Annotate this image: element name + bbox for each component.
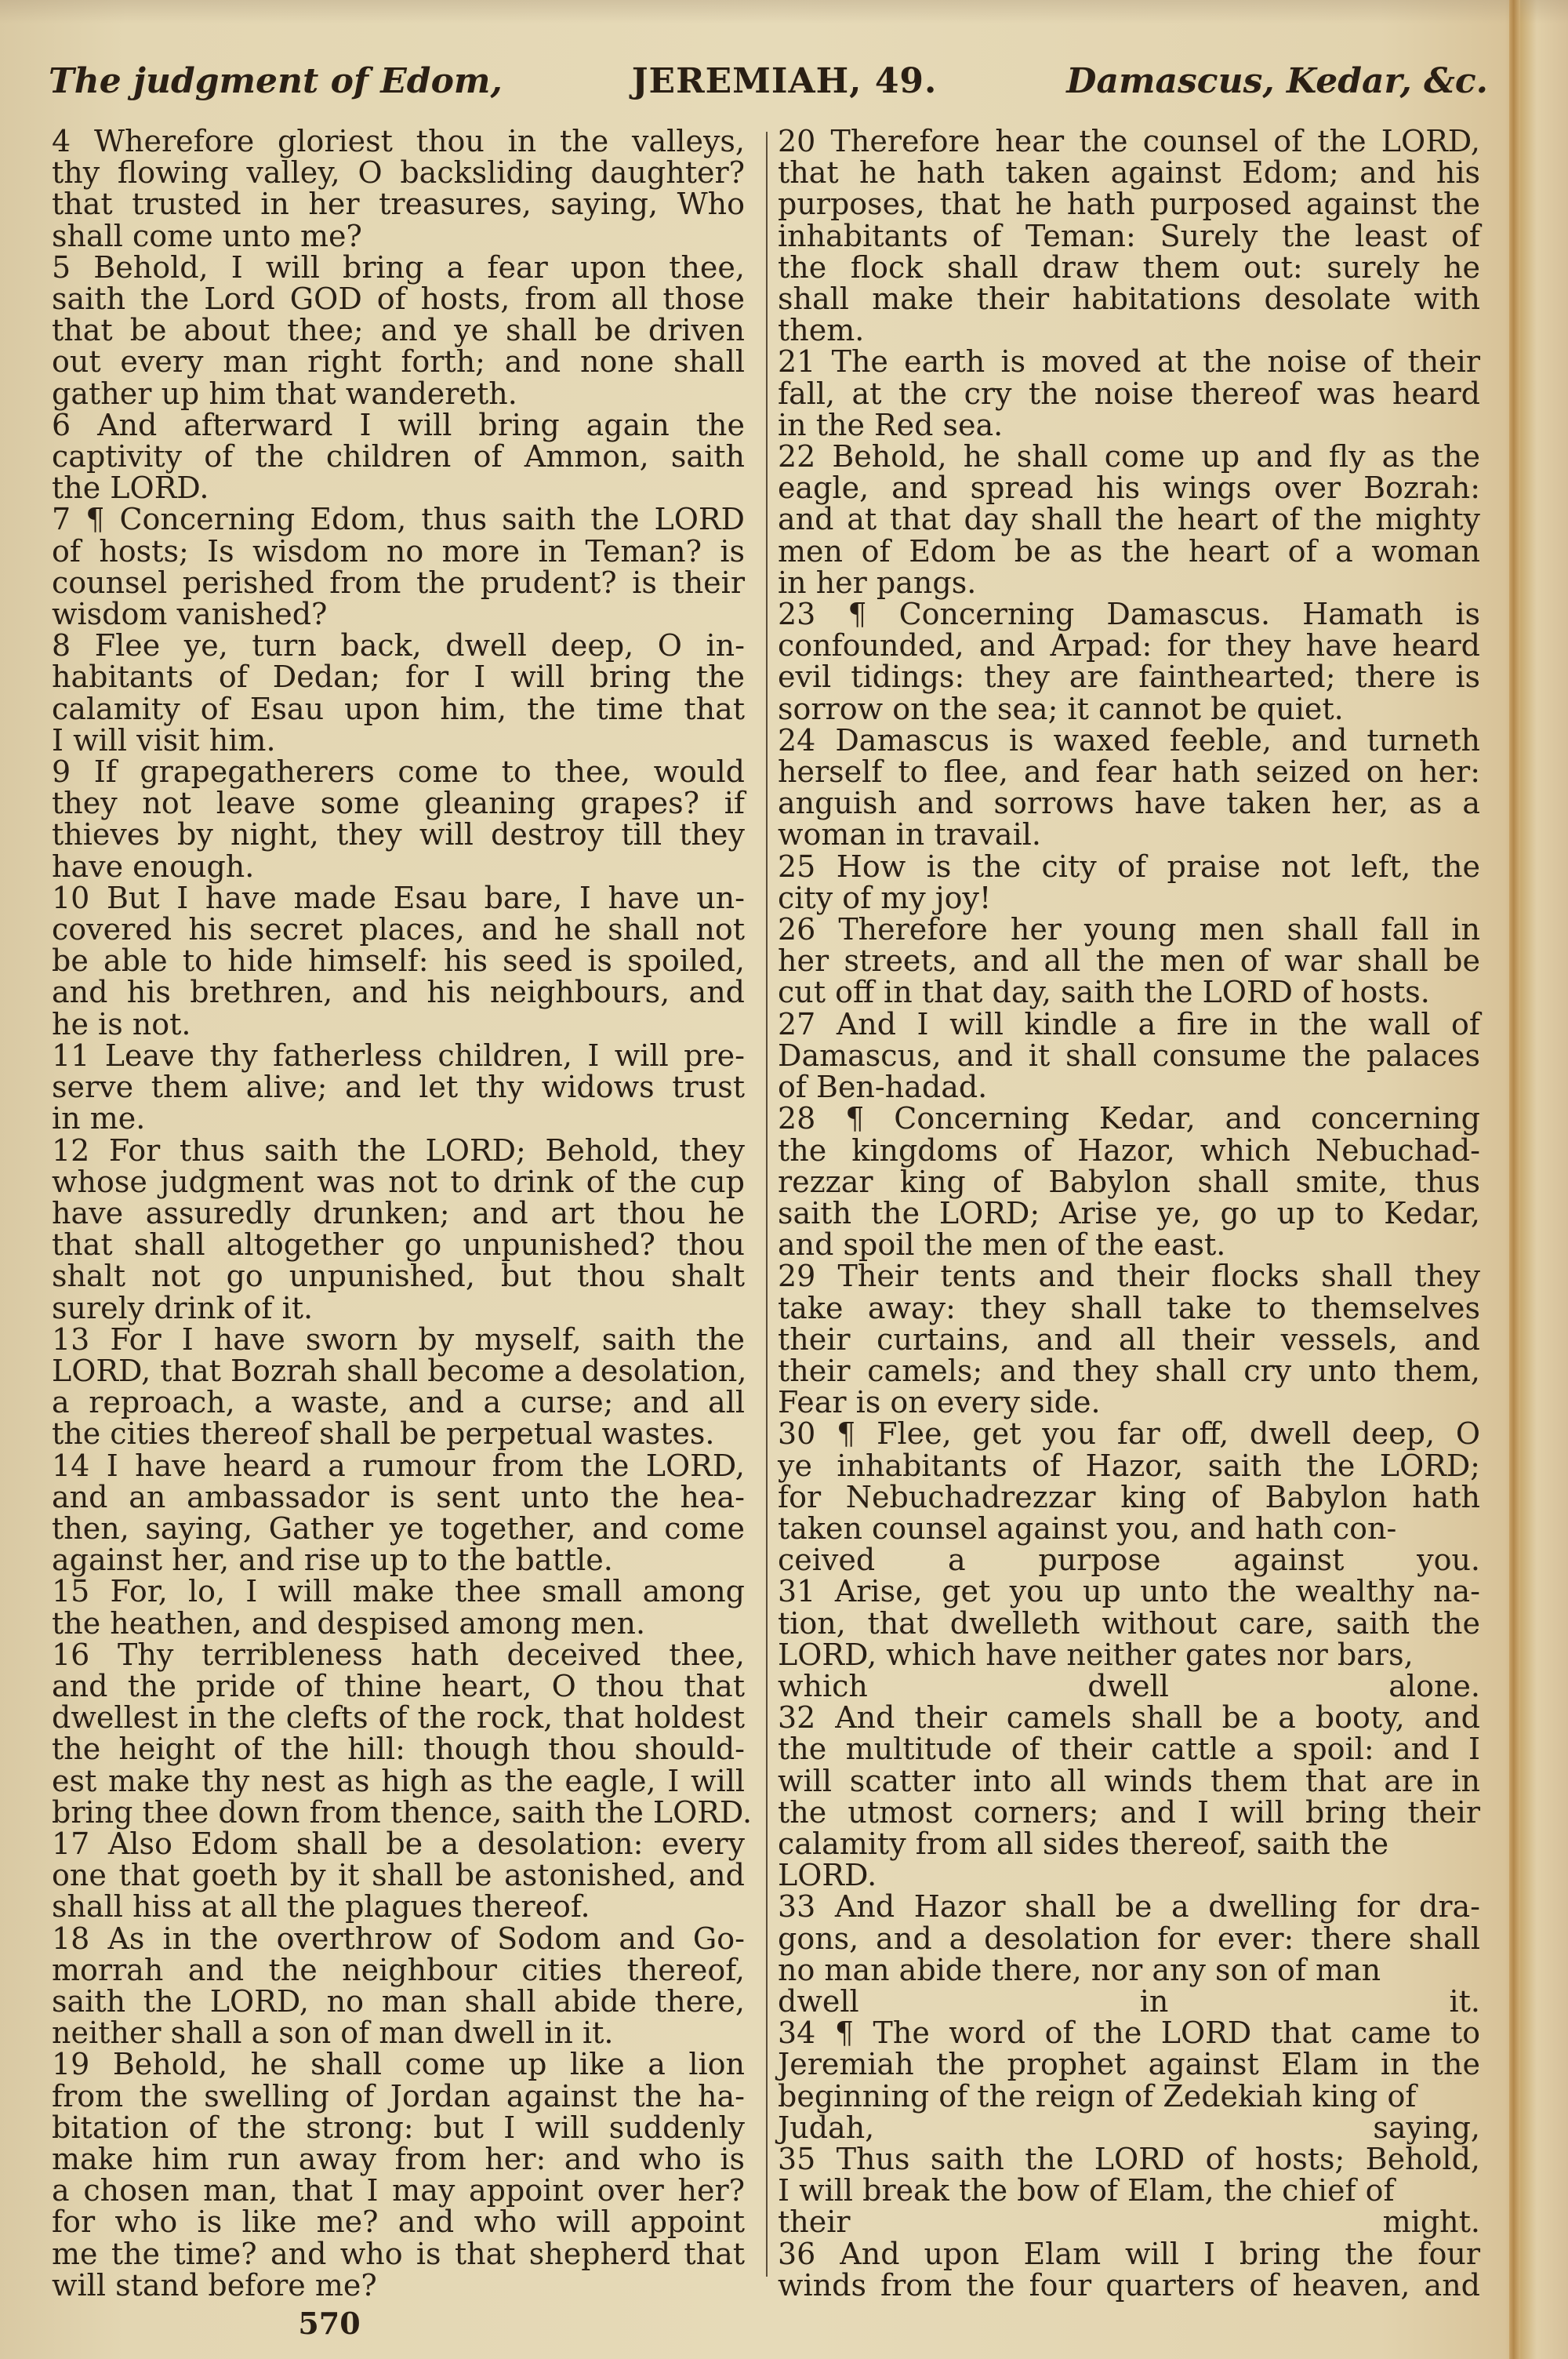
text-line: Judah, saying, <box>778 2112 1480 2143</box>
text-line: of Ben-hadad. <box>778 1071 1480 1103</box>
page-number: 570 <box>282 2306 376 2341</box>
text-line: 31 Arise, get you up unto the wealthy na… <box>778 1576 1480 1607</box>
text-line: winds from the four quarters of heaven, … <box>778 2270 1480 2301</box>
text-line: against her, and rise up to the battle. <box>52 1544 745 1576</box>
text-line: they not leave some gleaning grapes? if <box>52 787 745 819</box>
text-line: eagle, and spread his wings over Bozrah: <box>778 472 1480 503</box>
text-line: 13 For I have sworn by myself, saith the <box>52 1324 745 1355</box>
text-line: calamity from all sides thereof, saith t… <box>778 1828 1480 1859</box>
text-line: have assuredly drunken; and art thou he <box>52 1198 745 1229</box>
text-line: thieves by night, they will destroy till… <box>52 819 745 850</box>
text-line: shalt not go unpunished, but thou shalt <box>52 1260 745 1292</box>
text-line: 21 The earth is moved at the noise of th… <box>778 346 1480 377</box>
text-line: saith the LORD, no man shall abide there… <box>52 1986 745 2017</box>
text-line: and spoil the men of the east. <box>778 1229 1480 1260</box>
text-line: 14 I have heard a rumour from the LORD, <box>52 1450 745 1481</box>
text-line: will stand before me? <box>52 2270 745 2301</box>
text-line: LORD, which have neither gates nor bars, <box>778 1639 1480 1670</box>
text-line: shall make their habitations desolate wi… <box>778 283 1480 314</box>
text-line: shall come unto me? <box>52 220 745 252</box>
text-line: which dwell alone. <box>778 1670 1480 1702</box>
text-line: 6 And afterward I will bring again the <box>52 409 745 441</box>
text-line: in me. <box>52 1103 745 1134</box>
text-line: bring thee down from thence, saith the L… <box>52 1797 745 1828</box>
text-line: for who is like me? and who will appoint <box>52 2206 745 2237</box>
text-line: that shall altogether go unpunished? tho… <box>52 1229 745 1260</box>
text-line: her streets, and all the men of war shal… <box>778 945 1480 976</box>
text-line: city of my joy! <box>778 882 1480 914</box>
text-line: no man abide there, nor any son of man <box>778 1954 1480 1986</box>
text-line: Damascus, and it shall consume the palac… <box>778 1040 1480 1071</box>
text-line: 23 ¶ Concerning Damascus. Hamath is <box>778 598 1480 630</box>
running-head: The judgment of Edom, JEREMIAH, 49. Dama… <box>49 61 1488 108</box>
text-line: one that goeth by it shall be astonished… <box>52 1859 745 1891</box>
text-line: tion, that dwelleth without care, saith … <box>778 1608 1480 1639</box>
text-line: then, saying, Gather ye together, and co… <box>52 1513 745 1544</box>
right-column: 20 Therefore hear the counsel of the LOR… <box>778 125 1480 2301</box>
text-line: LORD. <box>778 1859 1480 1891</box>
page-top-shadow <box>0 0 1568 24</box>
text-line: counsel perished from the prudent? is th… <box>52 567 745 598</box>
text-line: 7 ¶ Concerning Edom, thus saith the LORD <box>52 503 745 535</box>
text-line: men of Edom be as the heart of a woman <box>778 536 1480 567</box>
column-divider <box>766 132 768 2277</box>
text-line: the multitude of their cattle a spoil: a… <box>778 1733 1480 1765</box>
text-line: take away: they shall take to themselves <box>778 1292 1480 1324</box>
text-line: for Nebuchadrezzar king of Babylon hath <box>778 1481 1480 1513</box>
text-line: 16 Thy terribleness hath deceived thee, <box>52 1639 745 1670</box>
text-line: he is not. <box>52 1009 745 1040</box>
text-line: 11 Leave thy fatherless children, I will… <box>52 1040 745 1071</box>
text-line: and an ambassador is sent unto the hea- <box>52 1481 745 1513</box>
text-line: 8 Flee ye, turn back, dwell deep, O in- <box>52 630 745 661</box>
text-line: 34 ¶ The word of the LORD that came to <box>778 2017 1480 2048</box>
text-line: 36 And upon Elam will I bring the four <box>778 2238 1480 2270</box>
text-line: 17 Also Edom shall be a desolation: ever… <box>52 1828 745 1859</box>
text-line: est make thy nest as high as the eagle, … <box>52 1765 745 1797</box>
text-line: a chosen man, that I may appoint over he… <box>52 2175 745 2206</box>
text-line: and at that day shall the heart of the m… <box>778 503 1480 535</box>
running-head-center: JEREMIAH, 49. <box>632 61 938 101</box>
text-line: dwell in it. <box>778 1986 1480 2017</box>
text-line: whose judgment was not to drink of the c… <box>52 1166 745 1198</box>
text-line: have enough. <box>52 851 745 882</box>
text-line: Fear is on every side. <box>778 1387 1480 1418</box>
text-line: that he hath taken against Edom; and his <box>778 157 1480 188</box>
text-line: 29 Their tents and their flocks shall th… <box>778 1260 1480 1292</box>
text-line: of hosts; Is wisdom no more in Teman? is <box>52 536 745 567</box>
text-line: fall, at the cry the noise thereof was h… <box>778 378 1480 409</box>
text-line: 20 Therefore hear the counsel of the LOR… <box>778 125 1480 157</box>
page-edge <box>1509 0 1520 2359</box>
text-line: 10 But I have made Esau bare, I have un- <box>52 882 745 914</box>
text-line: serve them alive; and let thy widows tru… <box>52 1071 745 1103</box>
text-line: 27 And I will kindle a fire in the wall … <box>778 1009 1480 1040</box>
text-line: Jeremiah the prophet against Elam in the <box>778 2048 1480 2080</box>
text-line: the utmost corners; and I will bring the… <box>778 1797 1480 1828</box>
text-line: surely drink of it. <box>52 1292 745 1324</box>
text-line: 26 Therefore her young men shall fall in <box>778 914 1480 945</box>
text-line: inhabitants of Teman: Surely the least o… <box>778 220 1480 252</box>
text-line: confounded, and Arpad: for they have hea… <box>778 630 1480 661</box>
text-line: 15 For, lo, I will make thee small among <box>52 1576 745 1607</box>
text-line: 24 Damascus is waxed feeble, and turneth <box>778 725 1480 756</box>
text-line: a reproach, a waste, and a curse; and al… <box>52 1387 745 1418</box>
text-line: the heathen, and despised among men. <box>52 1608 745 1639</box>
text-line: them. <box>778 314 1480 346</box>
text-line: in the Red sea. <box>778 409 1480 441</box>
text-line: anguish and sorrows have taken her, as a <box>778 787 1480 819</box>
text-line: calamity of Esau upon him, the time that <box>52 693 745 725</box>
text-line: evil tidings: they are fainthearted; the… <box>778 661 1480 692</box>
text-line: 19 Behold, he shall come up like a lion <box>52 2048 745 2080</box>
running-head-left: The judgment of Edom, <box>49 61 503 101</box>
text-line: 28 ¶ Concerning Kedar, and concerning <box>778 1103 1480 1134</box>
text-line: will scatter into all winds them that ar… <box>778 1765 1480 1797</box>
text-line: be able to hide himself: his seed is spo… <box>52 945 745 976</box>
text-line: and the pride of thine heart, O thou tha… <box>52 1670 745 1702</box>
text-line: herself to flee, and fear hath seized on… <box>778 756 1480 787</box>
text-line: 35 Thus saith the LORD of hosts; Behold, <box>778 2143 1480 2175</box>
text-line: 18 As in the overthrow of Sodom and Go- <box>52 1923 745 1954</box>
text-line: dwellest in the clefts of the rock, that… <box>52 1702 745 1733</box>
running-head-right: Damascus, Kedar, &c. <box>1066 61 1488 101</box>
text-line: 4 Wherefore gloriest thou in the valleys… <box>52 125 745 157</box>
text-line: me the time? and who is that shepherd th… <box>52 2238 745 2270</box>
text-line: the flock shall draw them out: surely he <box>778 252 1480 283</box>
text-line: sorrow on the sea; it cannot be quiet. <box>778 693 1480 725</box>
text-line: morrah and the neighbour cities thereof, <box>52 1954 745 1986</box>
left-column: 4 Wherefore gloriest thou in the valleys… <box>52 125 745 2301</box>
text-line: LORD, that Bozrah shall become a desolat… <box>52 1355 745 1387</box>
text-line: rezzar king of Babylon shall smite, thus <box>778 1166 1480 1198</box>
text-line: 25 How is the city of praise not left, t… <box>778 851 1480 882</box>
text-line: beginning of the reign of Zedekiah king … <box>778 2081 1480 2112</box>
text-line: 12 For thus saith the LORD; Behold, they <box>52 1135 745 1166</box>
text-line: woman in travail. <box>778 819 1480 850</box>
text-line: from the swelling of Jordan against the … <box>52 2081 745 2112</box>
text-line: covered his secret places, and he shall … <box>52 914 745 945</box>
text-line: taken counsel against you, and hath con- <box>778 1513 1480 1544</box>
text-line: I will break the bow of Elam, the chief … <box>778 2175 1480 2206</box>
text-line: wisdom vanished? <box>52 598 745 630</box>
text-line: ye inhabitants of Hazor, saith the LORD; <box>778 1450 1480 1481</box>
text-line: that trusted in her treasures, saying, W… <box>52 188 745 220</box>
text-line: purposes, that he hath purposed against … <box>778 188 1480 220</box>
text-line: out every man right forth; and none shal… <box>52 346 745 377</box>
text-line: neither shall a son of man dwell in it. <box>52 2017 745 2048</box>
text-line: the height of the hill: though thou shou… <box>52 1733 745 1765</box>
text-line: 22 Behold, he shall come up and fly as t… <box>778 441 1480 472</box>
text-line: I will visit him. <box>52 725 745 756</box>
text-line: saith the LORD; Arise ye, go up to Kedar… <box>778 1198 1480 1229</box>
text-line: the LORD. <box>52 472 745 503</box>
text-line: the kingdoms of Hazor, which Nebuchad- <box>778 1135 1480 1166</box>
text-line: gather up him that wandereth. <box>52 378 745 409</box>
text-line: their curtains, and all their vessels, a… <box>778 1324 1480 1355</box>
text-line: 9 If grapegatherers come to thee, would <box>52 756 745 787</box>
text-line: ceived a purpose against you. <box>778 1544 1480 1576</box>
text-line: captivity of the children of Ammon, sait… <box>52 441 745 472</box>
text-line: bitation of the strong: but I will sudde… <box>52 2112 745 2143</box>
text-line: saith the Lord GOD of hosts, from all th… <box>52 283 745 314</box>
text-line: the cities thereof shall be perpetual wa… <box>52 1418 745 1449</box>
text-line: cut off in that day, saith the LORD of h… <box>778 976 1480 1008</box>
text-line: their camels; and they shall cry unto th… <box>778 1355 1480 1387</box>
text-line: their might. <box>778 2206 1480 2237</box>
text-line: 32 And their camels shall be a booty, an… <box>778 1702 1480 1733</box>
text-line: 30 ¶ Flee, get you far off, dwell deep, … <box>778 1418 1480 1449</box>
text-line: thy flowing valley, O backsliding daught… <box>52 157 745 188</box>
text-line: make him run away from her: and who is <box>52 2143 745 2175</box>
text-line: that be about thee; and ye shall be driv… <box>52 314 745 346</box>
text-line: and his brethren, and his neighbours, an… <box>52 976 745 1008</box>
text-line: shall hiss at all the plagues thereof. <box>52 1891 745 1922</box>
text-line: gons, and a desolation for ever: there s… <box>778 1923 1480 1954</box>
text-line: 33 And Hazor shall be a dwelling for dra… <box>778 1891 1480 1922</box>
text-line: habitants of Dedan; for I will bring the <box>52 661 745 692</box>
text-line: in her pangs. <box>778 567 1480 598</box>
text-line: 5 Behold, I will bring a fear upon thee, <box>52 252 745 283</box>
